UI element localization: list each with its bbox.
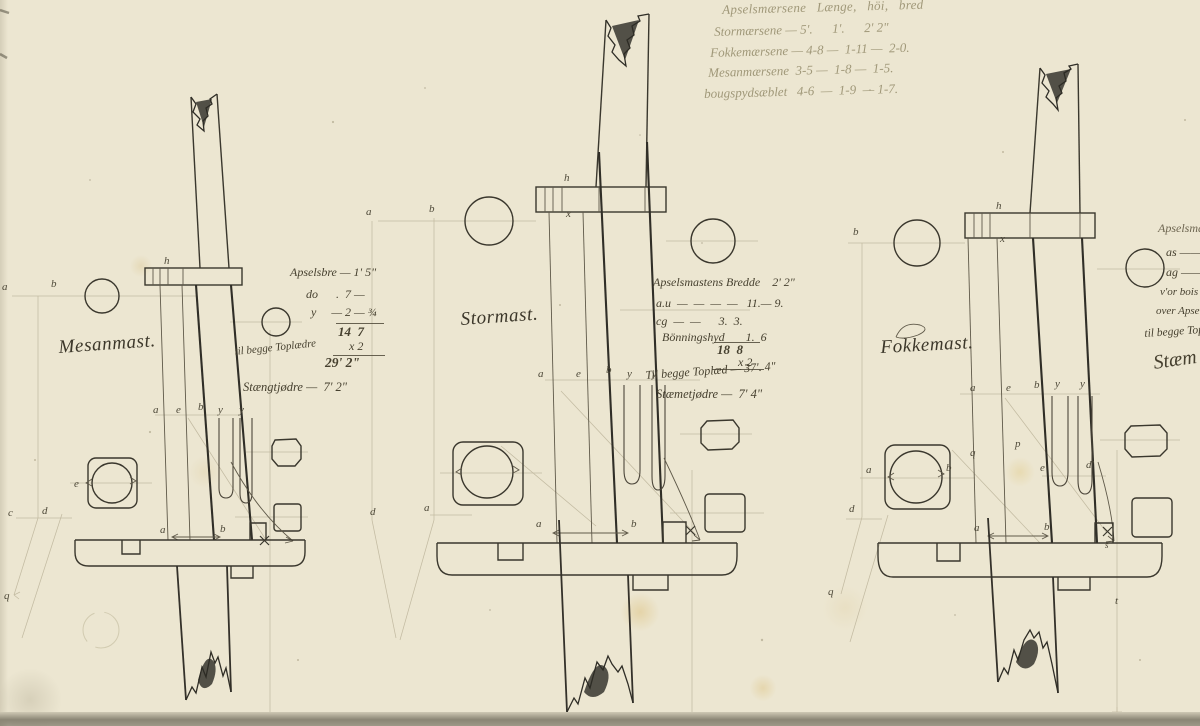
letter-mark: x xyxy=(1000,233,1005,245)
heel-step xyxy=(231,566,253,578)
stor-calc-line: a.u — — — — 11.— 9. xyxy=(656,297,783,310)
letter-mark: b xyxy=(946,462,952,474)
letter-mark: q xyxy=(970,447,976,459)
octagon-section xyxy=(1125,425,1167,457)
letter-mark: a xyxy=(970,382,976,394)
mesan-calc-line: y — 2 — ¾ xyxy=(311,306,377,319)
heel-step xyxy=(1058,577,1090,590)
letter-mark: b xyxy=(631,518,637,530)
topmast-left-edge xyxy=(596,20,606,187)
mast-cheek xyxy=(624,385,640,484)
letter-mark: e xyxy=(74,478,79,490)
letter-mark: q xyxy=(4,590,10,602)
drawing-layer xyxy=(0,0,1200,726)
letter-mark: d xyxy=(370,506,376,518)
mesan-calc-total: 29' 2" xyxy=(325,356,360,371)
x-mark xyxy=(1103,527,1112,536)
letter-mark: y xyxy=(627,368,632,380)
rigging-curve xyxy=(664,458,700,540)
paper-edge-marks xyxy=(0,10,9,58)
heel-step xyxy=(633,575,668,590)
letter-mark: e xyxy=(1006,382,1011,394)
letter-mark: d' xyxy=(1086,459,1094,471)
letter-mark: e xyxy=(1040,462,1045,474)
section-circle xyxy=(1126,249,1164,287)
mast-platform xyxy=(75,540,305,566)
letter-mark: a xyxy=(424,502,430,514)
letter-mark: h xyxy=(164,255,170,267)
mast-cheek xyxy=(1052,396,1068,486)
letter-mark: h xyxy=(564,172,570,184)
letter-mark: x xyxy=(566,208,571,220)
letter-mark: a xyxy=(538,368,544,380)
mesan-calc-sum: 14 7 xyxy=(338,325,364,339)
letter-mark: a xyxy=(160,524,166,536)
letter-mark: y xyxy=(218,404,223,416)
letter-mark: b xyxy=(1034,379,1040,391)
letter-mark: b xyxy=(51,278,57,290)
letter-mark: b xyxy=(220,523,226,535)
letter-mark: b xyxy=(853,226,859,238)
letter-mark: e xyxy=(176,404,181,416)
scan-bottom-edge xyxy=(0,712,1200,726)
letter-mark: p xyxy=(1015,438,1021,450)
dimension-line xyxy=(988,533,1048,539)
letter-mark: y xyxy=(652,368,657,380)
letter-mark: d xyxy=(849,503,855,515)
mesan-calc-line: do . 7 — xyxy=(306,288,365,301)
margin-note: ag —— xyxy=(1166,266,1200,279)
topmast-right-edge xyxy=(217,94,229,268)
letter-mark: b xyxy=(429,203,435,215)
stor-calc-line: Apselsmastens Bredde 2' 2" xyxy=(653,276,795,289)
letter-mark: y xyxy=(239,404,244,416)
lower-mast xyxy=(559,520,567,712)
square-section xyxy=(885,445,950,509)
letter-mark: h xyxy=(996,200,1002,212)
mast-cheek xyxy=(219,418,233,498)
stor-calc-line: Stæmetjødre — 7' 4" xyxy=(656,388,762,402)
letter-mark: e xyxy=(576,368,581,380)
letter-mark: q xyxy=(828,586,834,598)
letter-mark: a xyxy=(536,518,542,530)
letter-mark: b xyxy=(606,364,612,376)
rigging-curve xyxy=(1098,462,1114,541)
mesan-calc-line: Stængtjødre — 7' 2" xyxy=(243,381,347,395)
letter-mark: s xyxy=(1105,540,1109,550)
letter-mark: a xyxy=(2,281,8,293)
topmast-right-edge xyxy=(1078,64,1080,213)
letter-mark: t xyxy=(1115,595,1118,607)
letter-mark: y xyxy=(1080,378,1085,390)
letter-mark: d xyxy=(42,505,48,517)
mesan-calc-line: Apselsbre — 1' 5" xyxy=(290,266,376,279)
margin-note: as —— xyxy=(1166,246,1200,259)
margin-note: Apselsma xyxy=(1158,222,1200,235)
letter-mark: y xyxy=(1055,378,1060,390)
letter-mark: b xyxy=(198,401,204,413)
mast-body xyxy=(599,152,617,543)
letter-mark: b xyxy=(1044,521,1050,533)
octagon-section xyxy=(272,439,301,466)
letter-mark: a xyxy=(366,206,372,218)
letter-mark: a xyxy=(974,522,980,534)
lower-mast xyxy=(177,566,186,700)
octagon-section xyxy=(701,420,739,450)
letter-mark: a xyxy=(866,464,872,476)
scanned-mast-drawing-sheet: Apselsmærsene Længe, höi, bred Stormærse… xyxy=(0,0,1200,726)
margin-note: v'or bois xyxy=(1160,286,1198,298)
margin-note: over Apselj xyxy=(1156,305,1200,317)
mesan-calc-mult: x 2 xyxy=(349,340,363,353)
topmast-left-edge xyxy=(1030,68,1040,213)
mesanmast-drawing xyxy=(12,94,308,714)
stor-calc-line: cg — — 3. 3. xyxy=(656,315,743,328)
small-square-section xyxy=(1132,498,1172,537)
mast-platform xyxy=(878,543,1162,577)
x-mark xyxy=(686,526,695,535)
letter-mark: a xyxy=(153,404,159,416)
letter-mark: c xyxy=(8,507,13,519)
faint-ring-stain xyxy=(83,612,119,648)
